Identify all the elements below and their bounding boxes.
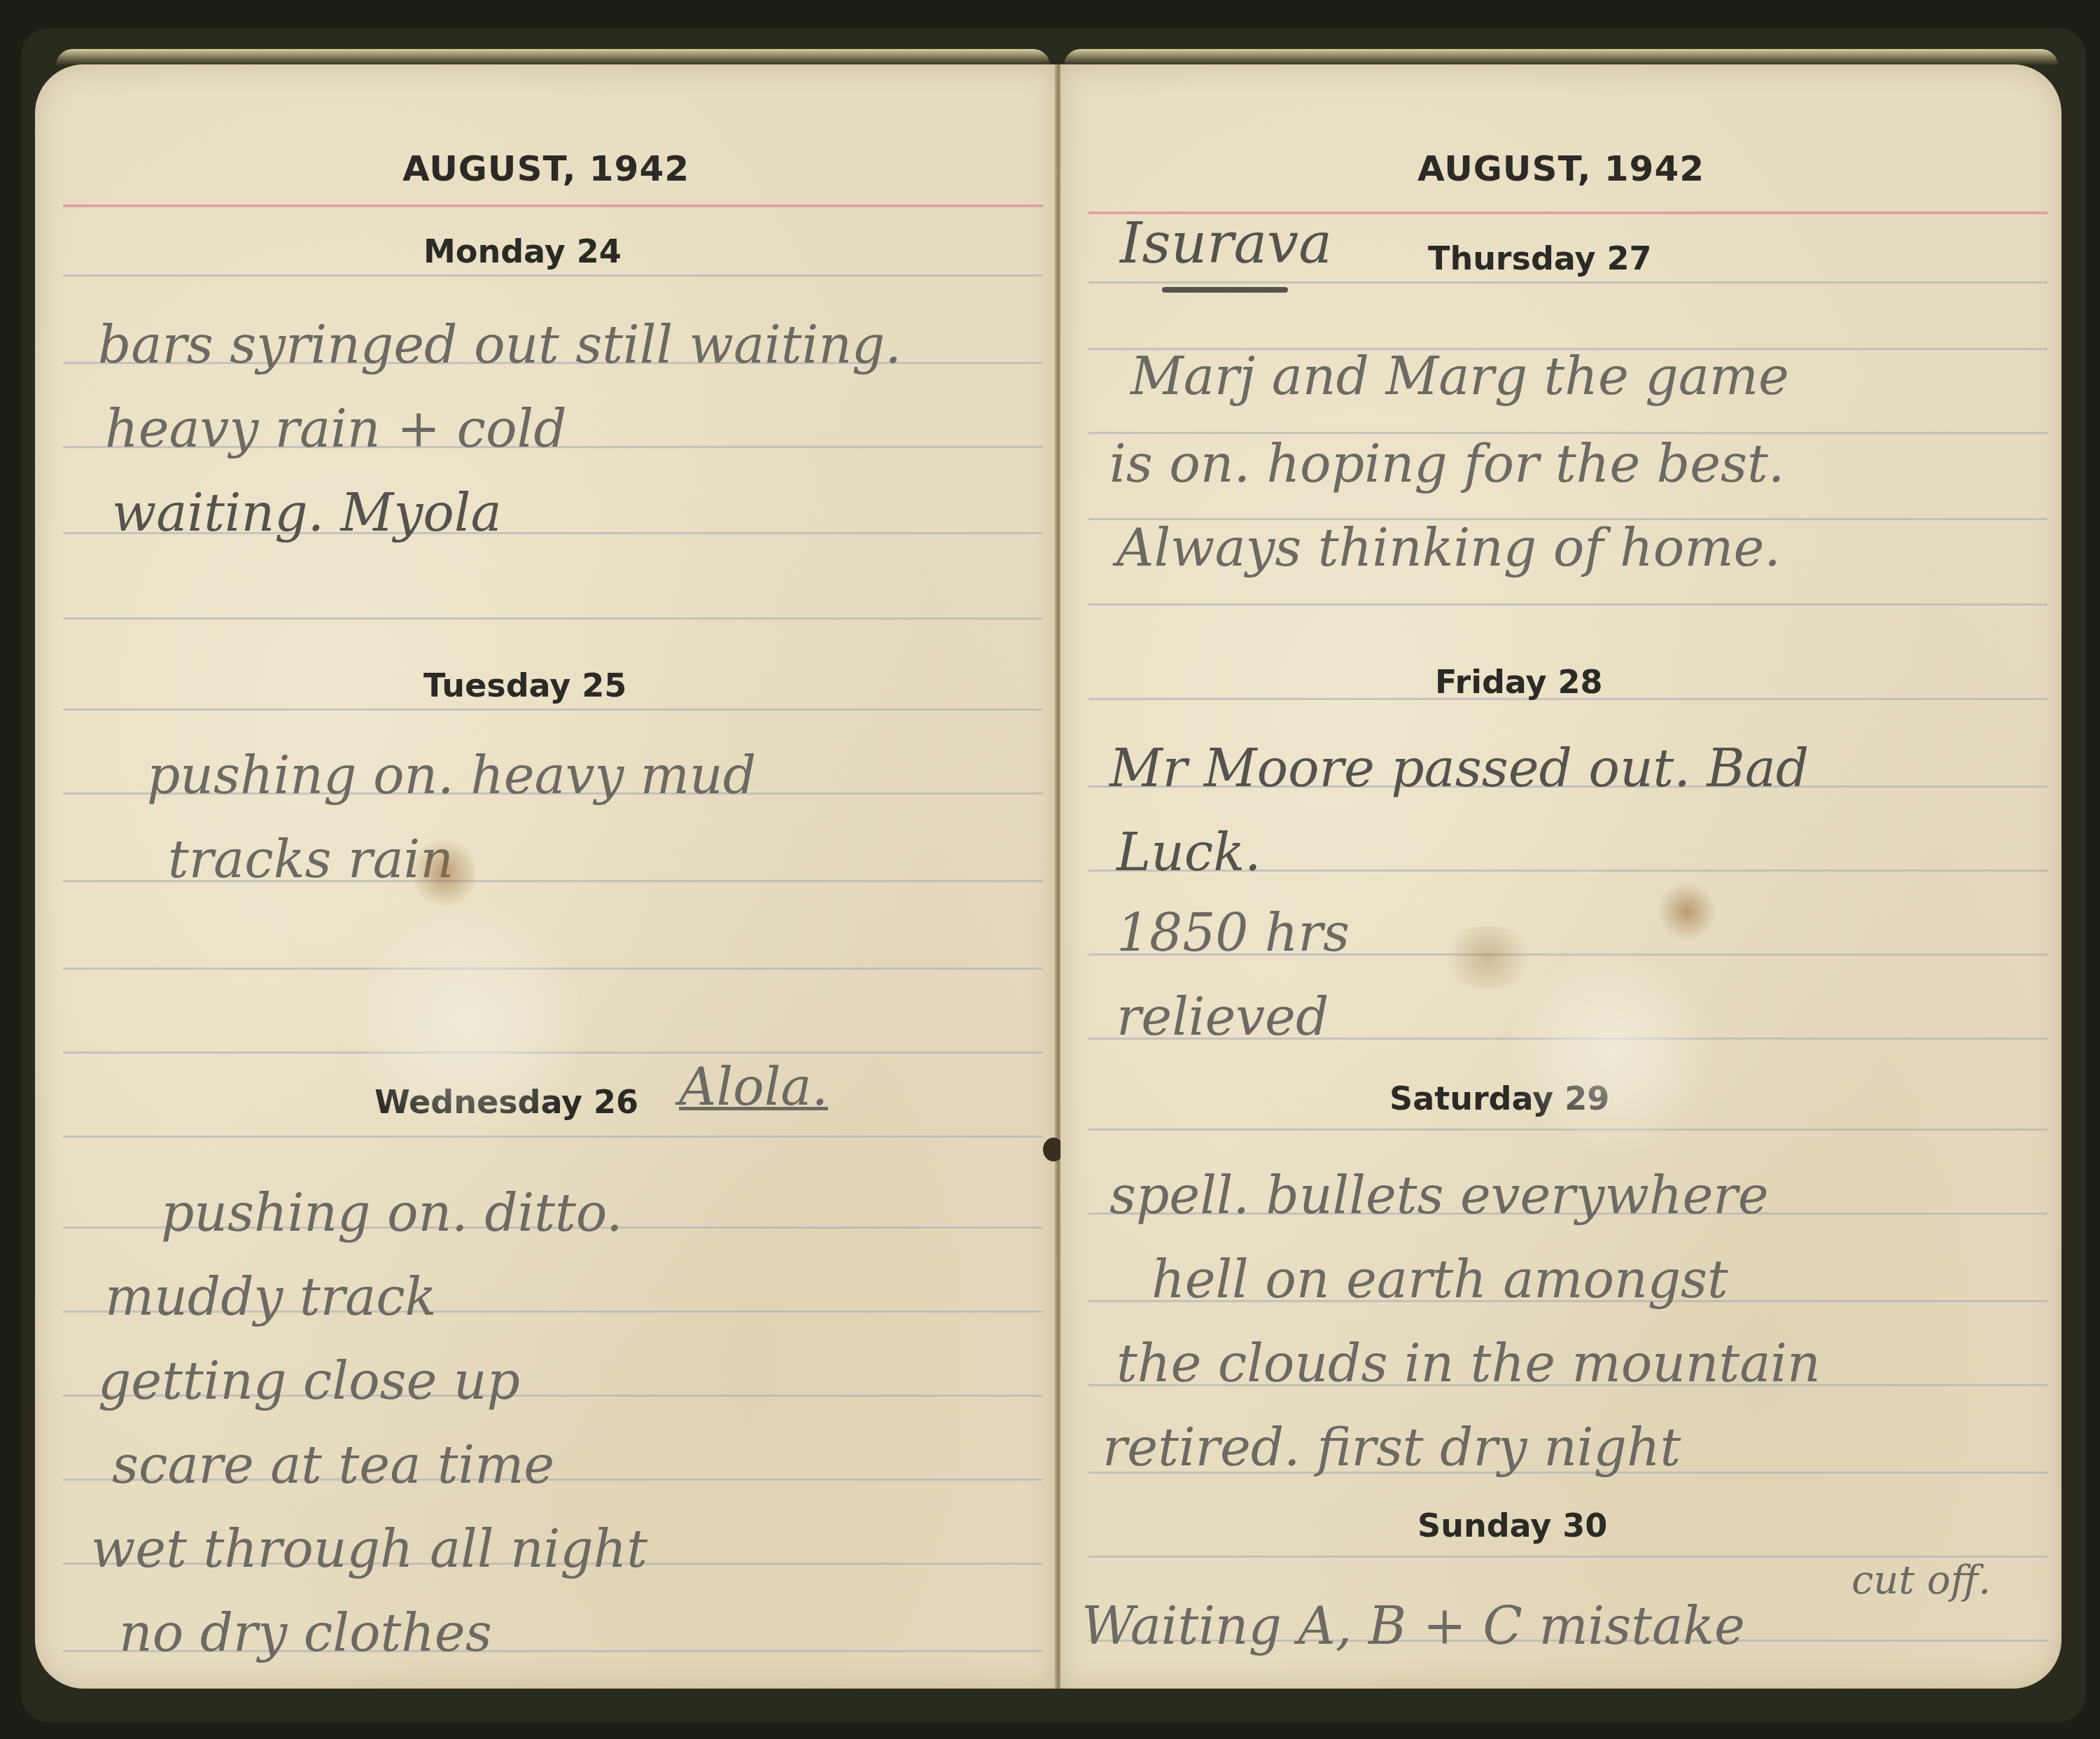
entry-line: pushing on. heavy mud: [147, 747, 756, 804]
entry-line: bars syringed out still waiting.: [98, 316, 902, 374]
ruled-line: [1088, 603, 2047, 606]
place-underline: [1162, 287, 1288, 293]
entry-line: retired. first dry night: [1102, 1419, 1681, 1476]
day-label-monday: Monday 24: [423, 232, 622, 270]
ruled-line: [63, 1136, 1043, 1138]
red-margin-line: [63, 204, 1043, 207]
month-header: AUGUST, 1942: [35, 148, 1057, 189]
entry-line: the clouds in the mountain: [1116, 1335, 1821, 1392]
day-label-tuesday: Tuesday 25: [423, 666, 626, 704]
entry-line: Marj and Marg the game: [1130, 348, 1789, 405]
paper-wear: [357, 891, 581, 1157]
entry-line: tracks rain: [168, 831, 454, 888]
entry-line: Always thinking of home.: [1116, 519, 1781, 577]
entry-line: 1850 hrs: [1116, 905, 1350, 962]
stain: [1438, 926, 1536, 989]
month-header: AUGUST, 1942: [1060, 148, 2061, 189]
entry-line: relieved: [1116, 989, 1329, 1046]
page-edge-left: [56, 49, 1050, 66]
entry-line: is on. hoping for the best.: [1109, 435, 1784, 493]
entry-line: Mr Moore passed out. Bad: [1109, 740, 1809, 797]
stain: [1659, 880, 1715, 943]
right-page: AUGUST, 1942 Isurava Thursday 27 Marj an…: [1060, 64, 2061, 1689]
paper-wear: [1508, 947, 1718, 1157]
left-page: AUGUST, 1942 Monday 24 bars syringed out…: [35, 64, 1057, 1689]
place-annotation: Isurava: [1120, 215, 1332, 272]
entry-line: scare at tea time: [112, 1437, 554, 1494]
entry-line: spell. bullets everywhere: [1109, 1167, 1768, 1224]
ruled-line: [63, 617, 1043, 620]
entry-line: pushing on. ditto.: [161, 1185, 622, 1242]
entry-line: Luck.: [1116, 824, 1261, 881]
ruled-line: [63, 274, 1043, 277]
place-annotation: Alola.: [679, 1059, 828, 1116]
entry-line: wet through all night: [91, 1521, 647, 1578]
entry-line: muddy track: [105, 1269, 436, 1326]
entry-line: heavy rain + cold: [105, 400, 567, 458]
ruled-line: [63, 708, 1043, 711]
entry-line: no dry clothes: [119, 1605, 492, 1662]
day-label-thursday: Thursday 27: [1428, 239, 1652, 277]
entry-line: getting close up: [98, 1353, 520, 1410]
day-label-friday: Friday 28: [1435, 663, 1603, 701]
day-label-sunday: Sunday 30: [1417, 1507, 1607, 1544]
ruled-line: [1088, 281, 2047, 284]
entry-line: hell on earth amongst: [1151, 1251, 1728, 1308]
entry-line: Waiting A, B + C mistake: [1081, 1598, 1745, 1655]
margin-note: cut off.: [1851, 1552, 1991, 1609]
entry-line: waiting. Myola: [112, 484, 502, 542]
page-edge-right: [1064, 49, 2058, 66]
